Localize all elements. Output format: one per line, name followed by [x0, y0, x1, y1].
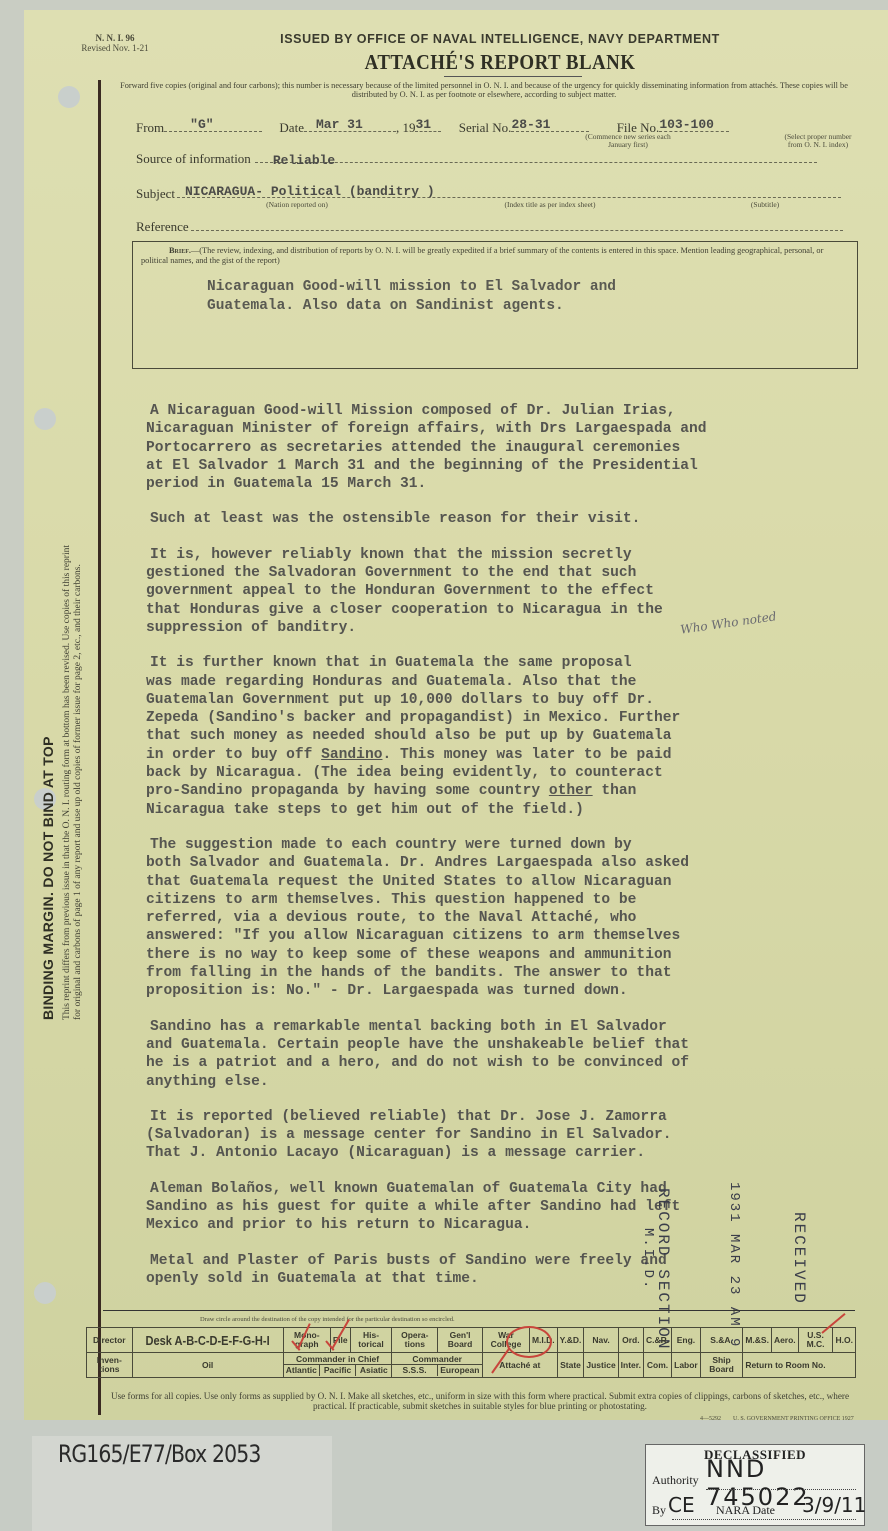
nara-date-label: NARA Date [716, 1503, 775, 1518]
cic-options: Atlantic Pacific Asiatic [284, 1364, 392, 1376]
brief-summary[interactable]: Nicaraguan Good-will mission to El Salva… [207, 278, 807, 316]
subject-field[interactable]: NICARAGUA- Political (banditry ) [177, 186, 841, 198]
by-label: By [652, 1503, 666, 1518]
subject-value: NICARAGUA- Political (banditry ) [185, 184, 435, 199]
date-label: Date [279, 120, 304, 135]
route-european[interactable]: European [437, 1365, 482, 1376]
subject-hint-index: (Index title as per index sheet) [480, 201, 620, 209]
route-nav[interactable]: Nav. [584, 1328, 618, 1353]
file-field[interactable]: 103-100 [659, 120, 729, 132]
commander-options: S.S.S. European [392, 1364, 481, 1376]
brief-label: Brief. [169, 246, 191, 255]
stamp-date: 1931 MAR 23 AM 9 [726, 1182, 742, 1348]
serial-value: 28-31 [511, 117, 550, 132]
source-label: Source of information [136, 151, 251, 166]
route-ship-board[interactable]: Ship Board [700, 1353, 743, 1378]
route-com[interactable]: Com. [643, 1353, 671, 1378]
date-field[interactable]: Mar 31 [304, 120, 396, 132]
subject-hint-subtitle: (Subtitle) [740, 201, 790, 209]
route-sa[interactable]: S.&A. [700, 1328, 743, 1353]
routing-row: Director Desk A-B-C-D-E-F-G-H-I Mono-gra… [87, 1328, 856, 1353]
route-atlantic[interactable]: Atlantic [284, 1365, 319, 1376]
year-value: 31 [415, 117, 431, 132]
route-ms[interactable]: M.&S. [743, 1328, 772, 1353]
serial-label: Serial No. [459, 120, 512, 135]
report-body: A Nicaraguan Good-will Mission composed … [146, 402, 846, 1305]
routing-divider [103, 1310, 855, 1311]
file-hint: (Select proper number from O. N. I. inde… [778, 133, 858, 149]
route-eng[interactable]: Eng. [672, 1328, 701, 1353]
subject-hint-nation: (Nation reported on) [252, 201, 342, 209]
route-inventions[interactable]: Inven-tions [87, 1353, 133, 1378]
year-prefix: , 19 [396, 120, 416, 135]
route-ho[interactable]: H.O. [833, 1328, 856, 1353]
declassification-stamp: DECLASSIFIED NND 745022 Authority By CE … [645, 1444, 865, 1526]
route-director[interactable]: Director [87, 1328, 133, 1353]
stamp-mid: M.I.D. [640, 1228, 656, 1290]
paragraph: A Nicaraguan Good-will Mission composed … [146, 402, 846, 493]
brief-instructions: Brief.—(The review, indexing, and distri… [141, 246, 849, 265]
punch-hole [58, 86, 80, 108]
route-yd[interactable]: Y.&D. [557, 1328, 584, 1353]
routing-table: Director Desk A-B-C-D-E-F-G-H-I Mono-gra… [86, 1327, 856, 1378]
file-value: 103-100 [659, 117, 714, 132]
form-code: 4—5292 [700, 1416, 721, 1422]
year-field[interactable]: 31 [415, 120, 441, 132]
by-line [672, 1519, 856, 1520]
forward-instructions: Forward five copies (original and four c… [110, 81, 858, 99]
date-value: Mar 31 [316, 117, 363, 132]
brief-line: Nicaraguan Good-will mission to El Salva… [207, 278, 807, 297]
route-ord[interactable]: Ord. [618, 1328, 643, 1353]
route-pacific[interactable]: Pacific [319, 1365, 355, 1376]
source-field[interactable]: Reliable [255, 151, 817, 163]
brief-label-text: —(The review, indexing, and distribution… [141, 246, 823, 265]
form-revision: Revised Nov. 1-21 [70, 43, 160, 53]
reprint-note-line: This reprint differs from previous issue… [62, 380, 73, 1020]
subject-row: SubjectNICARAGUA- Political (banditry ) [136, 186, 841, 202]
routing-row: Inven-tions Oil Commander in Chief Atlan… [87, 1353, 856, 1378]
paragraph: Such at least was the ostensible reason … [146, 510, 846, 528]
issuer-heading: ISSUED BY OFFICE OF NAVAL INTELLIGENCE, … [180, 32, 820, 46]
route-cr[interactable]: C.&R. [643, 1328, 671, 1353]
route-desk[interactable]: Desk A-B-C-D-E-F-G-H-I [143, 1328, 271, 1353]
title-divider [444, 76, 582, 77]
commander-label: Commander [394, 1355, 479, 1364]
source-row: Source of informationReliable [136, 151, 817, 167]
underlined-sandino: Sandino [321, 747, 382, 763]
paragraph: Sandino has a remarkable mental backing … [146, 1018, 846, 1091]
from-label: From [136, 120, 164, 135]
route-commander: Commander S.S.S. European [392, 1353, 482, 1378]
binding-margin-notice: BINDING MARGIN. DO NOT BIND AT TOP [40, 380, 56, 1020]
source-value: Reliable [273, 153, 335, 168]
route-aero[interactable]: Aero. [771, 1328, 798, 1353]
page-title: ATTACHÉ'S REPORT BLANK [212, 50, 788, 75]
route-labor[interactable]: Labor [672, 1353, 701, 1378]
subject-label: Subject [136, 186, 175, 201]
mid-circle-mark [506, 1326, 552, 1358]
paragraph: It is further known that in Guatemala th… [146, 654, 846, 819]
route-return-room[interactable]: Return to Room No. [743, 1353, 856, 1378]
reprint-note-line: for original and carbons of page 1 of an… [73, 380, 84, 1020]
authority-line [706, 1489, 856, 1490]
route-usmc[interactable]: U.S. M.C. [798, 1328, 833, 1353]
from-value: "G" [190, 117, 213, 132]
from-field[interactable]: "G" [164, 120, 262, 132]
form-number: N. N. I. 96 Revised Nov. 1-21 [70, 33, 160, 53]
by-value: CE [668, 1493, 695, 1517]
stamp-received: RECEIVED [790, 1212, 808, 1305]
underlined-other: other [549, 783, 593, 799]
brief-line: Guatemala. Also data on Sandinist agents… [207, 297, 807, 316]
route-historical[interactable]: His-torical [350, 1328, 392, 1353]
route-inter[interactable]: Inter. [618, 1353, 643, 1378]
reference-field[interactable] [191, 219, 843, 231]
authority-label: Authority [652, 1473, 699, 1488]
binding-margin-rule [98, 80, 101, 1415]
paragraph: It is reported (believed reliable) that … [146, 1108, 846, 1163]
serial-hint: (Commence new series each January first) [578, 133, 678, 149]
serial-field[interactable]: 28-31 [511, 120, 589, 132]
cic-label: Commander in Chief [286, 1355, 390, 1364]
form-number-text: N. N. I. 96 [70, 33, 160, 43]
reference-row: Reference [136, 219, 843, 235]
reference-label: Reference [136, 219, 189, 234]
punch-hole [34, 1282, 56, 1304]
route-sss[interactable]: S.S.S. [392, 1365, 436, 1376]
attache-label: Attaché at [499, 1360, 540, 1370]
brief-box: Brief.—(The review, indexing, and distri… [132, 241, 858, 369]
footer-instructions: Use forms for all copies. Use only forms… [100, 1391, 860, 1411]
archive-reference: RG165/E77/Box 2053 [58, 1440, 261, 1468]
route-state[interactable]: State [557, 1353, 584, 1378]
route-oil[interactable]: Oil [132, 1353, 283, 1378]
route-operations[interactable]: Opera-tions [392, 1328, 438, 1353]
route-commander-in-chief: Commander in Chief Atlantic Pacific Asia… [283, 1353, 392, 1378]
route-genl-board[interactable]: Gen'l Board [438, 1328, 483, 1353]
paragraph: The suggestion made to each country were… [146, 836, 846, 1001]
reprint-note: This reprint differs from previous issue… [62, 380, 84, 1020]
route-justice[interactable]: Justice [584, 1353, 618, 1378]
route-asiatic[interactable]: Asiatic [355, 1365, 391, 1376]
routing-hint: Draw circle around the destination of th… [200, 1316, 855, 1323]
printer-imprint: U. S. GOVERNMENT PRINTING OFFICE 1927 [733, 1416, 854, 1422]
footer-print-code: 4—5292 U. S. GOVERNMENT PRINTING OFFICE … [700, 1416, 854, 1422]
declass-date: 3/9/11 [802, 1493, 866, 1517]
